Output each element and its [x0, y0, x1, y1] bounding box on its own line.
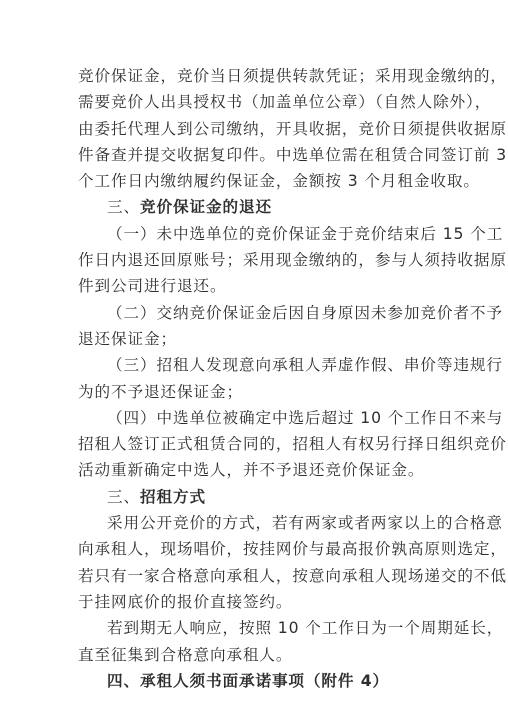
text-line: （二）交纳竞价保证金后因自身原因未参加竞价者不予: [78, 300, 444, 326]
text-line: 若到期无人响应，按照 10 个工作日为一个周期延长，: [78, 615, 444, 641]
text-line: 退还保证金；: [78, 326, 444, 352]
section-heading-method: 三、招租方式: [78, 484, 444, 510]
refund-item-2: （二）交纳竞价保证金后因自身原因未参加竞价者不予 退还保证金；: [78, 300, 444, 353]
text-line: 招租人签订正式租赁合同的，招租人有权另行择日组织竞价: [78, 431, 444, 457]
section-heading-refund: 三、竞价保证金的退还: [78, 194, 444, 220]
text-line: （四）中选单位被确定中选后超过 10 个工作日不来与: [78, 405, 444, 431]
text-line: 由委托代理人到公司缴纳，开具收据，竞价日须提供收据原: [78, 116, 444, 142]
method-paragraph-2: 若到期无人响应，按照 10 个工作日为一个周期延长， 直至征集到合格意向承租人。: [78, 615, 444, 668]
text-line: 于挂网底价的报价直接签约。: [78, 589, 444, 615]
text-line: 若只有一家合格意向承租人，按意向承租人现场递交的不低: [78, 563, 444, 589]
refund-item-4: （四）中选单位被确定中选后超过 10 个工作日不来与 招租人签订正式租赁合同的，…: [78, 405, 444, 484]
refund-item-1: （一）未中选单位的竞价保证金于竞价结束后 15 个工 作日内退还回原账号；采用现…: [78, 221, 444, 300]
text-line: 直至征集到合格意向承租人。: [78, 642, 444, 668]
text-line: 件到公司进行退还。: [78, 273, 444, 299]
section-title: 招租方式: [140, 488, 206, 506]
refund-item-3: （三）招租人发现意向承租人弄虚作假、串价等违规行 为的不予退还保证金；: [78, 352, 444, 405]
method-paragraph-1: 采用公开竞价的方式，若有两家或者两家以上的合格意 向承租人，现场唱价，按挂网价与…: [78, 510, 444, 615]
text-line: 活动重新确定中选人，并不予退还竞价保证金。: [78, 457, 444, 483]
deposit-payment-paragraph: 竞价保证金，竞价当日须提供转款凭证；采用现金缴纳的， 需要竞价人出具授权书（加盖…: [78, 63, 444, 194]
text-line: （一）未中选单位的竞价保证金于竞价结束后 15 个工: [78, 221, 444, 247]
section-heading-commitment: 四、承租人须书面承诺事项（附件 4）: [78, 668, 444, 694]
section-number: 三、: [107, 198, 140, 216]
text-line: 向承租人，现场唱价，按挂网价与最高报价孰高原则选定，: [78, 536, 444, 562]
text-line: 作日内退还回原账号；采用现金缴纳的，参与人须持收据原: [78, 247, 444, 273]
document-page: 竞价保证金，竞价当日须提供转款凭证；采用现金缴纳的， 需要竞价人出具授权书（加盖…: [78, 63, 444, 694]
text-line: 需要竞价人出具授权书（加盖单位公章）（自然人除外），: [78, 89, 444, 115]
section-number: 三、: [107, 488, 140, 506]
text-line: 个工作日内缴纳履约保证金，金额按 3 个月租金收取。: [78, 168, 444, 194]
text-line: 采用公开竞价的方式，若有两家或者两家以上的合格意: [78, 510, 444, 536]
text-line: 件备查并提交收据复印件。中选单位需在租赁合同签订前 3: [78, 142, 444, 168]
text-line: 为的不予退还保证金；: [78, 379, 444, 405]
section-title: 竞价保证金的退还: [140, 198, 272, 216]
text-line: 竞价保证金，竞价当日须提供转款凭证；采用现金缴纳的，: [78, 63, 444, 89]
text-line: （三）招租人发现意向承租人弄虚作假、串价等违规行: [78, 352, 444, 378]
